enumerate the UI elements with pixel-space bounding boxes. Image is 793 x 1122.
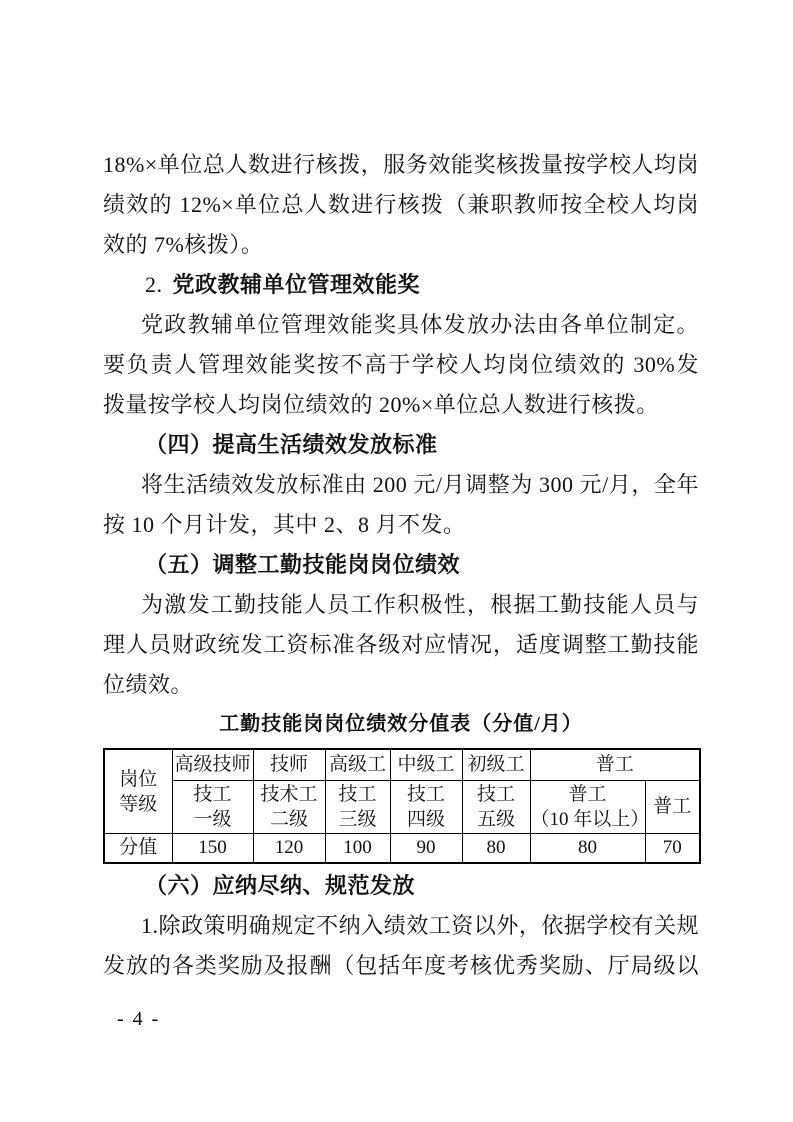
section-heading-4: （四）提高生活绩效发放标准 [103, 425, 699, 465]
heading-number: 2. [145, 272, 163, 297]
table-subheader-cell: 技工 四级 [390, 781, 462, 834]
table-subheader-cell: 普工 （10 年以上） [530, 781, 645, 834]
table-subheader-cell: 技工 一级 [172, 781, 253, 834]
table-value-cell: 80 [530, 834, 645, 864]
table-corner-line: 等级 [105, 792, 172, 817]
table-subheader-cell: 普工 [645, 781, 700, 834]
subheader-line: 四级 [391, 807, 462, 832]
subheader-line: 五级 [463, 807, 530, 832]
table-header-cell: 普工 [530, 749, 700, 781]
table-header-cell: 高级工 [325, 749, 390, 781]
body-line: 绩效的 12%×单位总人数进行核拨（兼职教师按全校人均岗位绩 [103, 185, 699, 225]
table-row-label: 分值 [104, 834, 172, 864]
table-header-cell: 初级工 [462, 749, 530, 781]
document-page: 18%×单位总人数进行核拨，服务效能奖核拨量按学校人均岗位 绩效的 12%×单位… [0, 0, 793, 1122]
subheader-line: 技术工 [254, 782, 325, 807]
body-line: 效的 7%核拨）。 [103, 225, 699, 265]
table-subheader-cell: 技术工 二级 [253, 781, 325, 834]
body-line: 要负责人管理效能奖按不高于学校人均岗位绩效的 30%发放。核 [103, 345, 699, 385]
subheader-line: 技工 [173, 782, 253, 807]
body-line: 按 10 个月计发，其中 2、8 月不发。 [103, 505, 699, 545]
score-table: 岗位 等级 高级技师 技师 高级工 中级工 初级工 普工 技工 一级 技术工 二… [103, 748, 701, 864]
table-subheader-cell: 技工 三级 [325, 781, 390, 834]
table-header-cell: 技师 [253, 749, 325, 781]
page-number: - 4 - [117, 1008, 160, 1031]
table-header-cell: 高级技师 [172, 749, 253, 781]
body-line: 党政教辅单位管理效能奖具体发放办法由各单位制定。主 [103, 305, 699, 345]
subheader-line: 技工 [326, 782, 390, 807]
section-heading-6: （六）应纳尽纳、规范发放 [103, 866, 699, 906]
subheader-line: 三级 [326, 807, 390, 832]
body-line: 发放的各类奖励及报酬（包括年度考核优秀奖励、厅局级以上表 [103, 946, 699, 986]
body-line: 将生活绩效发放标准由 200 元/月调整为 300 元/月，全年 [103, 465, 699, 505]
table-value-cell: 120 [253, 834, 325, 864]
table-value-cell: 80 [462, 834, 530, 864]
body-line: 理人员财政统发工资标准各级对应情况，适度调整工勤技能岗岗 [103, 625, 699, 665]
heading-text: 党政教辅单位管理效能奖 [173, 272, 421, 297]
subheader-line: 一级 [173, 807, 253, 832]
table-title: 工勤技能岗岗位绩效分值表（分值/月） [103, 705, 699, 745]
table-value-cell: 70 [645, 834, 700, 864]
table-header-cell: 中级工 [390, 749, 462, 781]
table-value-cell: 90 [390, 834, 462, 864]
body-line: 18%×单位总人数进行核拨，服务效能奖核拨量按学校人均岗位 [103, 145, 699, 185]
table-value-cell: 100 [325, 834, 390, 864]
subheader-line: 二级 [254, 807, 325, 832]
section-heading-5: （五）调整工勤技能岗岗位绩效 [103, 545, 699, 585]
subheader-line: 技工 [391, 782, 462, 807]
subheader-line: （10 年以上） [531, 807, 645, 832]
document-body: 18%×单位总人数进行核拨，服务效能奖核拨量按学校人均岗位 绩效的 12%×单位… [103, 145, 699, 986]
table-corner-line: 岗位 [105, 767, 172, 792]
table-value-cell: 150 [172, 834, 253, 864]
body-line: 1.除政策明确规定不纳入绩效工资以外，依据学校有关规定 [103, 906, 699, 946]
subheader-line: 普工 [531, 782, 645, 807]
body-line: 位绩效。 [103, 665, 699, 705]
body-line: 为激发工勤技能人员工作积极性，根据工勤技能人员与管 [103, 585, 699, 625]
table-subheader-cell: 技工 五级 [462, 781, 530, 834]
subheader-line: 技工 [463, 782, 530, 807]
section-heading-2: 2.党政教辅单位管理效能奖 [103, 265, 699, 305]
body-line: 拨量按学校人均岗位绩效的 20%×单位总人数进行核拨。 [103, 385, 699, 425]
table-corner-cell: 岗位 等级 [104, 749, 172, 834]
